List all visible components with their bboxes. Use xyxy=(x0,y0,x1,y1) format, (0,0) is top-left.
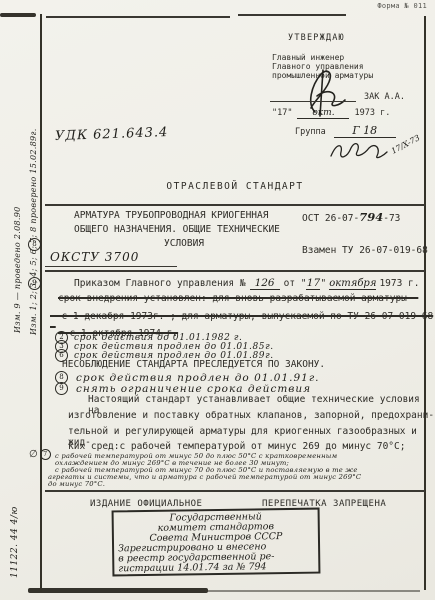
title-block-bottom-rule xyxy=(45,270,425,272)
insertion-marks: ∅ 7 xyxy=(29,449,51,460)
doc-type-heading: ОТРАСЛЕВОЙ СТАНДАРТ xyxy=(45,181,425,192)
proofreader-mark: ∅ xyxy=(29,449,38,460)
standard-title-line1: АРМАТУРА ТРУБОПРОВОДНАЯ КРИОГЕННАЯ xyxy=(74,210,268,221)
form-number: Форма № 011 xyxy=(377,2,427,10)
udk-code: УДК 621.643.4 xyxy=(55,125,169,144)
approval-date-row: "17" окт. 1973 г. xyxy=(272,108,390,119)
scan-artifact-top-line-2 xyxy=(238,14,346,16)
standard-number-suffix: -73 xyxy=(383,213,400,224)
standard-number-hand: 794 xyxy=(359,210,383,224)
order-year: 1973 г. xyxy=(379,278,419,289)
margin-note-amendment9: Изм. 9 — проведено 2.08.90 xyxy=(13,88,22,333)
order-day: 17 xyxy=(306,277,320,290)
approver-title-line1: Главный инженер xyxy=(272,53,344,62)
signature-underline xyxy=(270,101,356,102)
standard-title-line2: ОБЩЕГО НАЗНАЧЕНИЯ. ОБЩИЕ ТЕХНИЧЕСКИЕ xyxy=(74,224,280,235)
amendment-9-text: снять ограничение срока действия xyxy=(76,383,311,395)
body-line-4: ких сред:с рабочей температурой от минус… xyxy=(68,441,405,452)
note-line-5: до минус 70°С. xyxy=(48,480,105,488)
order-line: Приказом Главного управления № 126 от " … xyxy=(74,277,420,290)
okstu-code: ОКСТУ 3700 xyxy=(50,250,139,264)
scan-artifact-top-line-1 xyxy=(46,16,230,18)
scan-artifact-top-left xyxy=(0,13,36,17)
order-mid: от " xyxy=(284,278,307,289)
standard-number-prefix: ОСТ 26-07- xyxy=(302,213,359,224)
scan-artifact-bottom-line xyxy=(205,590,420,592)
approval-heading: УТВЕРЖДАЮ xyxy=(288,33,345,43)
order-close-quote: " xyxy=(320,278,326,289)
group-label: Группа xyxy=(295,127,326,137)
scan-artifact-bottom-smudge xyxy=(28,588,208,593)
margin-revision-mark-top: 8 xyxy=(28,238,41,251)
margin-revision-mark-bottom: 9 xyxy=(28,277,41,290)
order-month: октября xyxy=(329,278,376,290)
order-prefix: Приказом Главного управления № xyxy=(74,278,246,289)
approval-date-day: "17" xyxy=(272,108,292,118)
approval-date-year: 1973 г. xyxy=(354,108,390,118)
body-line-2: изготовление и поставку обратных клапано… xyxy=(68,410,434,421)
side-signature xyxy=(327,136,389,164)
title-block-top-rule xyxy=(45,204,425,206)
struck-line-1: срок внедрения установлен: для вновь раз… xyxy=(58,293,418,304)
stamp-line-6: гистрации 14.01.74 за № 794 xyxy=(118,562,314,575)
approval-date-month: окт. xyxy=(297,108,349,119)
standard-number: ОСТ 26-07- 794 -73 xyxy=(302,210,400,224)
scanned-standard-page: Изм. 1; 2; 3; 4; 5; 6; 7; 8 проверено 15… xyxy=(0,0,435,600)
official-edition-label: ИЗДАНИЕ ОФИЦИАЛЬНОЕ xyxy=(90,499,202,509)
frame-line-left xyxy=(40,14,42,592)
frame-line-right xyxy=(424,16,426,590)
law-notice: НЕСОБЛЮДЕНИЕ СТАНДАРТА ПРЕСЛЕДУЕТСЯ ПО З… xyxy=(62,359,325,370)
amendment-9-mark: 9 xyxy=(55,382,68,395)
okstu-underline xyxy=(45,266,177,267)
order-number: 126 xyxy=(250,277,280,290)
approver-name: ЗАК А.А. xyxy=(364,92,405,102)
standard-title-line3: УСЛОВИЯ xyxy=(74,238,294,249)
margin-doc-code: 11122. 44 4/ю xyxy=(10,363,20,578)
footer-rule xyxy=(45,490,425,492)
replaces-note: Взамен ТУ 26-07-019-68 xyxy=(302,245,428,256)
insertion-amendment-mark: 7 xyxy=(40,449,51,460)
registration-stamp: Государственный комитет стандартов Совет… xyxy=(112,508,321,577)
